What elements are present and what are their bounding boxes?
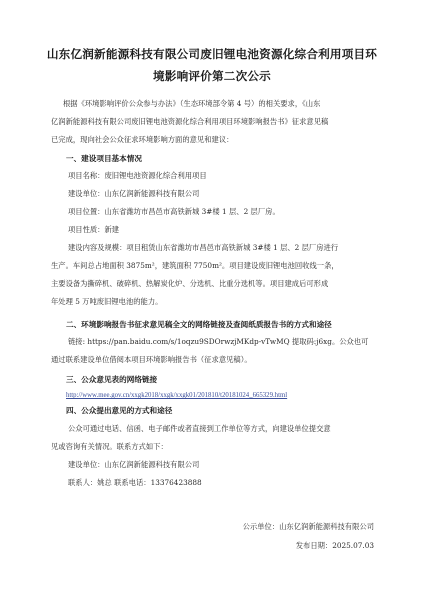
project-location: 项目位置：山东省潍坊市昌邑市高铁新城 3#楼 1 层、2 层厂房。: [68, 207, 280, 217]
content-line-1: 建设内容及规模：项目租赁山东省潍坊市昌邑市高铁新城 3#楼 1 层、2 层厂房进…: [68, 243, 338, 253]
section-2-heading: 二、环境影响报告书征求意见稿全文的网络链接及查阅纸质报告书的方式和途径: [66, 319, 332, 330]
document-title-line-2: 境影响评价第二次公示: [40, 68, 384, 84]
intro-line-1: 根据《环境影响评价公众参与办法》（生态环境部令第 4 号）的相关要求，《山东: [63, 99, 320, 109]
content-line-4: 年处理 5 万吨废旧锂电池的能力。: [51, 297, 162, 307]
download-link-line[interactable]: 链接: https://pan.baidu.com/s/1oqzu9SDOrwz…: [68, 337, 368, 347]
document-page: 山东亿润新能源科技有限公司废旧锂电池资源化综合利用项目环 境影响评价第二次公示 …: [0, 0, 424, 600]
opinion-form-link[interactable]: http://www.mee.gov.cn/xxgk2018/xxgk/xxgk…: [66, 391, 287, 401]
content-line-3: 主要设备为撕碎机、破碎机、热解炭化炉、分选机、比重分选机等。项目建成后可形成: [51, 279, 328, 289]
section-3-heading: 三、公众意见表的网络链接: [66, 374, 157, 385]
builder-unit: 建设单位：山东亿润新能源科技有限公司: [68, 189, 199, 199]
project-name: 项目名称：废旧锂电池资源化综合利用项目: [68, 171, 207, 181]
section-4-line-2: 见或咨询有关情况。联系方式如下：: [51, 442, 168, 452]
intro-line-2: 亿润新能源科技有限公司废旧锂电池资源化综合利用项目环境影响报告书》征求意见稿: [51, 117, 328, 127]
intro-line-3: 已完成，现向社会公众征求环境影响方面的意见和建议：: [51, 135, 233, 145]
publisher-unit: 公示单位：山东亿润新能源科技有限公司: [243, 522, 374, 532]
content-line-2: 生产。车间总占地面积 3875m²，建筑面积 7750m²。项目建设废旧锂电池回…: [51, 261, 339, 271]
contact-person: 联系人：姚总 联系电话：13376423888: [68, 478, 202, 488]
project-nature: 项目性质：新建: [68, 225, 119, 235]
section-4-line-1: 公众可通过电话、信函、电子邮件或者直接到工作单位等方式，向建设单位提交意: [68, 424, 331, 434]
section-4-heading: 四、公众提出意见的方式和途径: [66, 405, 172, 416]
section-2-line-2: 通过联系建设单位借阅本项目环境影响报告书（征求意见稿）。: [51, 355, 252, 365]
document-title-line-1: 山东亿润新能源科技有限公司废旧锂电池资源化综合利用项目环: [40, 46, 384, 62]
publish-date: 发布日期：2025.07.03: [296, 541, 374, 551]
section-1-heading: 一、建设项目基本情况: [66, 153, 142, 164]
contact-builder-unit: 建设单位：山东亿润新能源科技有限公司: [68, 460, 199, 470]
